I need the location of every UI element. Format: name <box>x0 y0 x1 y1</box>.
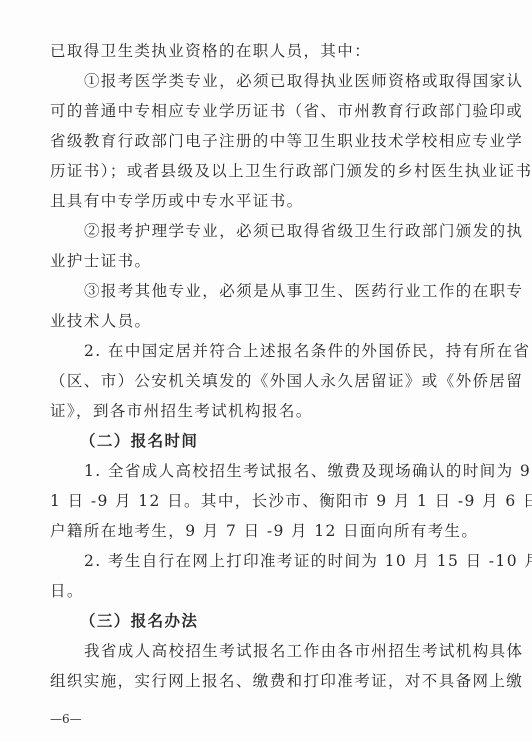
paragraph-line: 我省成人高校招生考试报名工作由各市州招生考试机构具体 <box>50 636 464 666</box>
paragraph-line: ②报考护理学专业，必须已取得省级卫生行政部门颁发的执 <box>50 216 464 246</box>
paragraph-line: （区、市）公安机关填发的《外国人永久居留证》或《外侨居留 <box>50 366 464 396</box>
paragraph-line: 历证书）；或者县级及以上卫生行政部门颁发的乡村医生执业证书 <box>50 156 464 186</box>
section-heading: （三）报名办法 <box>50 606 464 636</box>
paragraph-line: ①报考医学类专业，必须已取得执业医师资格或取得国家认 <box>50 66 464 96</box>
paragraph-line: 且具有中专学历或中专水平证书。 <box>50 186 464 216</box>
paragraph-line: 组织实施，实行网上报名、缴费和打印准考证，对不具备网上缴 <box>50 666 464 696</box>
paragraph-line: 省级教育行政部门电子注册的中等卫生职业技术学校相应专业学 <box>50 126 464 156</box>
paragraph-line: 证》，到各市州招生考试机构报名。 <box>50 396 464 426</box>
paragraph-line: ③报考其他专业，必须是从事卫生、医药行业工作的在职专 <box>50 276 464 306</box>
paragraph-line: 1 日 -9 月 12 日。其中，长沙市、衡阳市 9 月 1 日 -9 月 6 … <box>50 486 464 516</box>
document-body: 已取得卫生类执业资格的在职人员，其中： ①报考医学类专业，必须已取得执业医师资格… <box>50 36 464 696</box>
paragraph-line: 可的普通中专相应专业学历证书（省、市州教育行政部门验印或 <box>50 96 464 126</box>
paragraph-line: 业技术人员。 <box>50 306 464 336</box>
paragraph-line: 2. 考生自行在网上打印准考证的时间为 10 月 15 日 -10 月 29 <box>50 546 464 576</box>
paragraph-line: 日。 <box>50 576 464 606</box>
section-heading: （二）报名时间 <box>50 426 464 456</box>
paragraph-line: 业护士证书。 <box>50 246 464 276</box>
paragraph-line: 已取得卫生类执业资格的在职人员，其中： <box>50 36 464 66</box>
page-number: —6— <box>50 712 82 726</box>
paragraph-line: 户籍所在地考生，9 月 7 日 -9 月 12 日面向所有考生。 <box>50 516 464 546</box>
paragraph-line: 1. 全省成人高校招生考试报名、缴费及现场确认的时间为 9 月 <box>50 456 464 486</box>
paragraph-line: 2. 在中国定居并符合上述报名条件的外国侨民，持有所在省 <box>50 336 464 366</box>
